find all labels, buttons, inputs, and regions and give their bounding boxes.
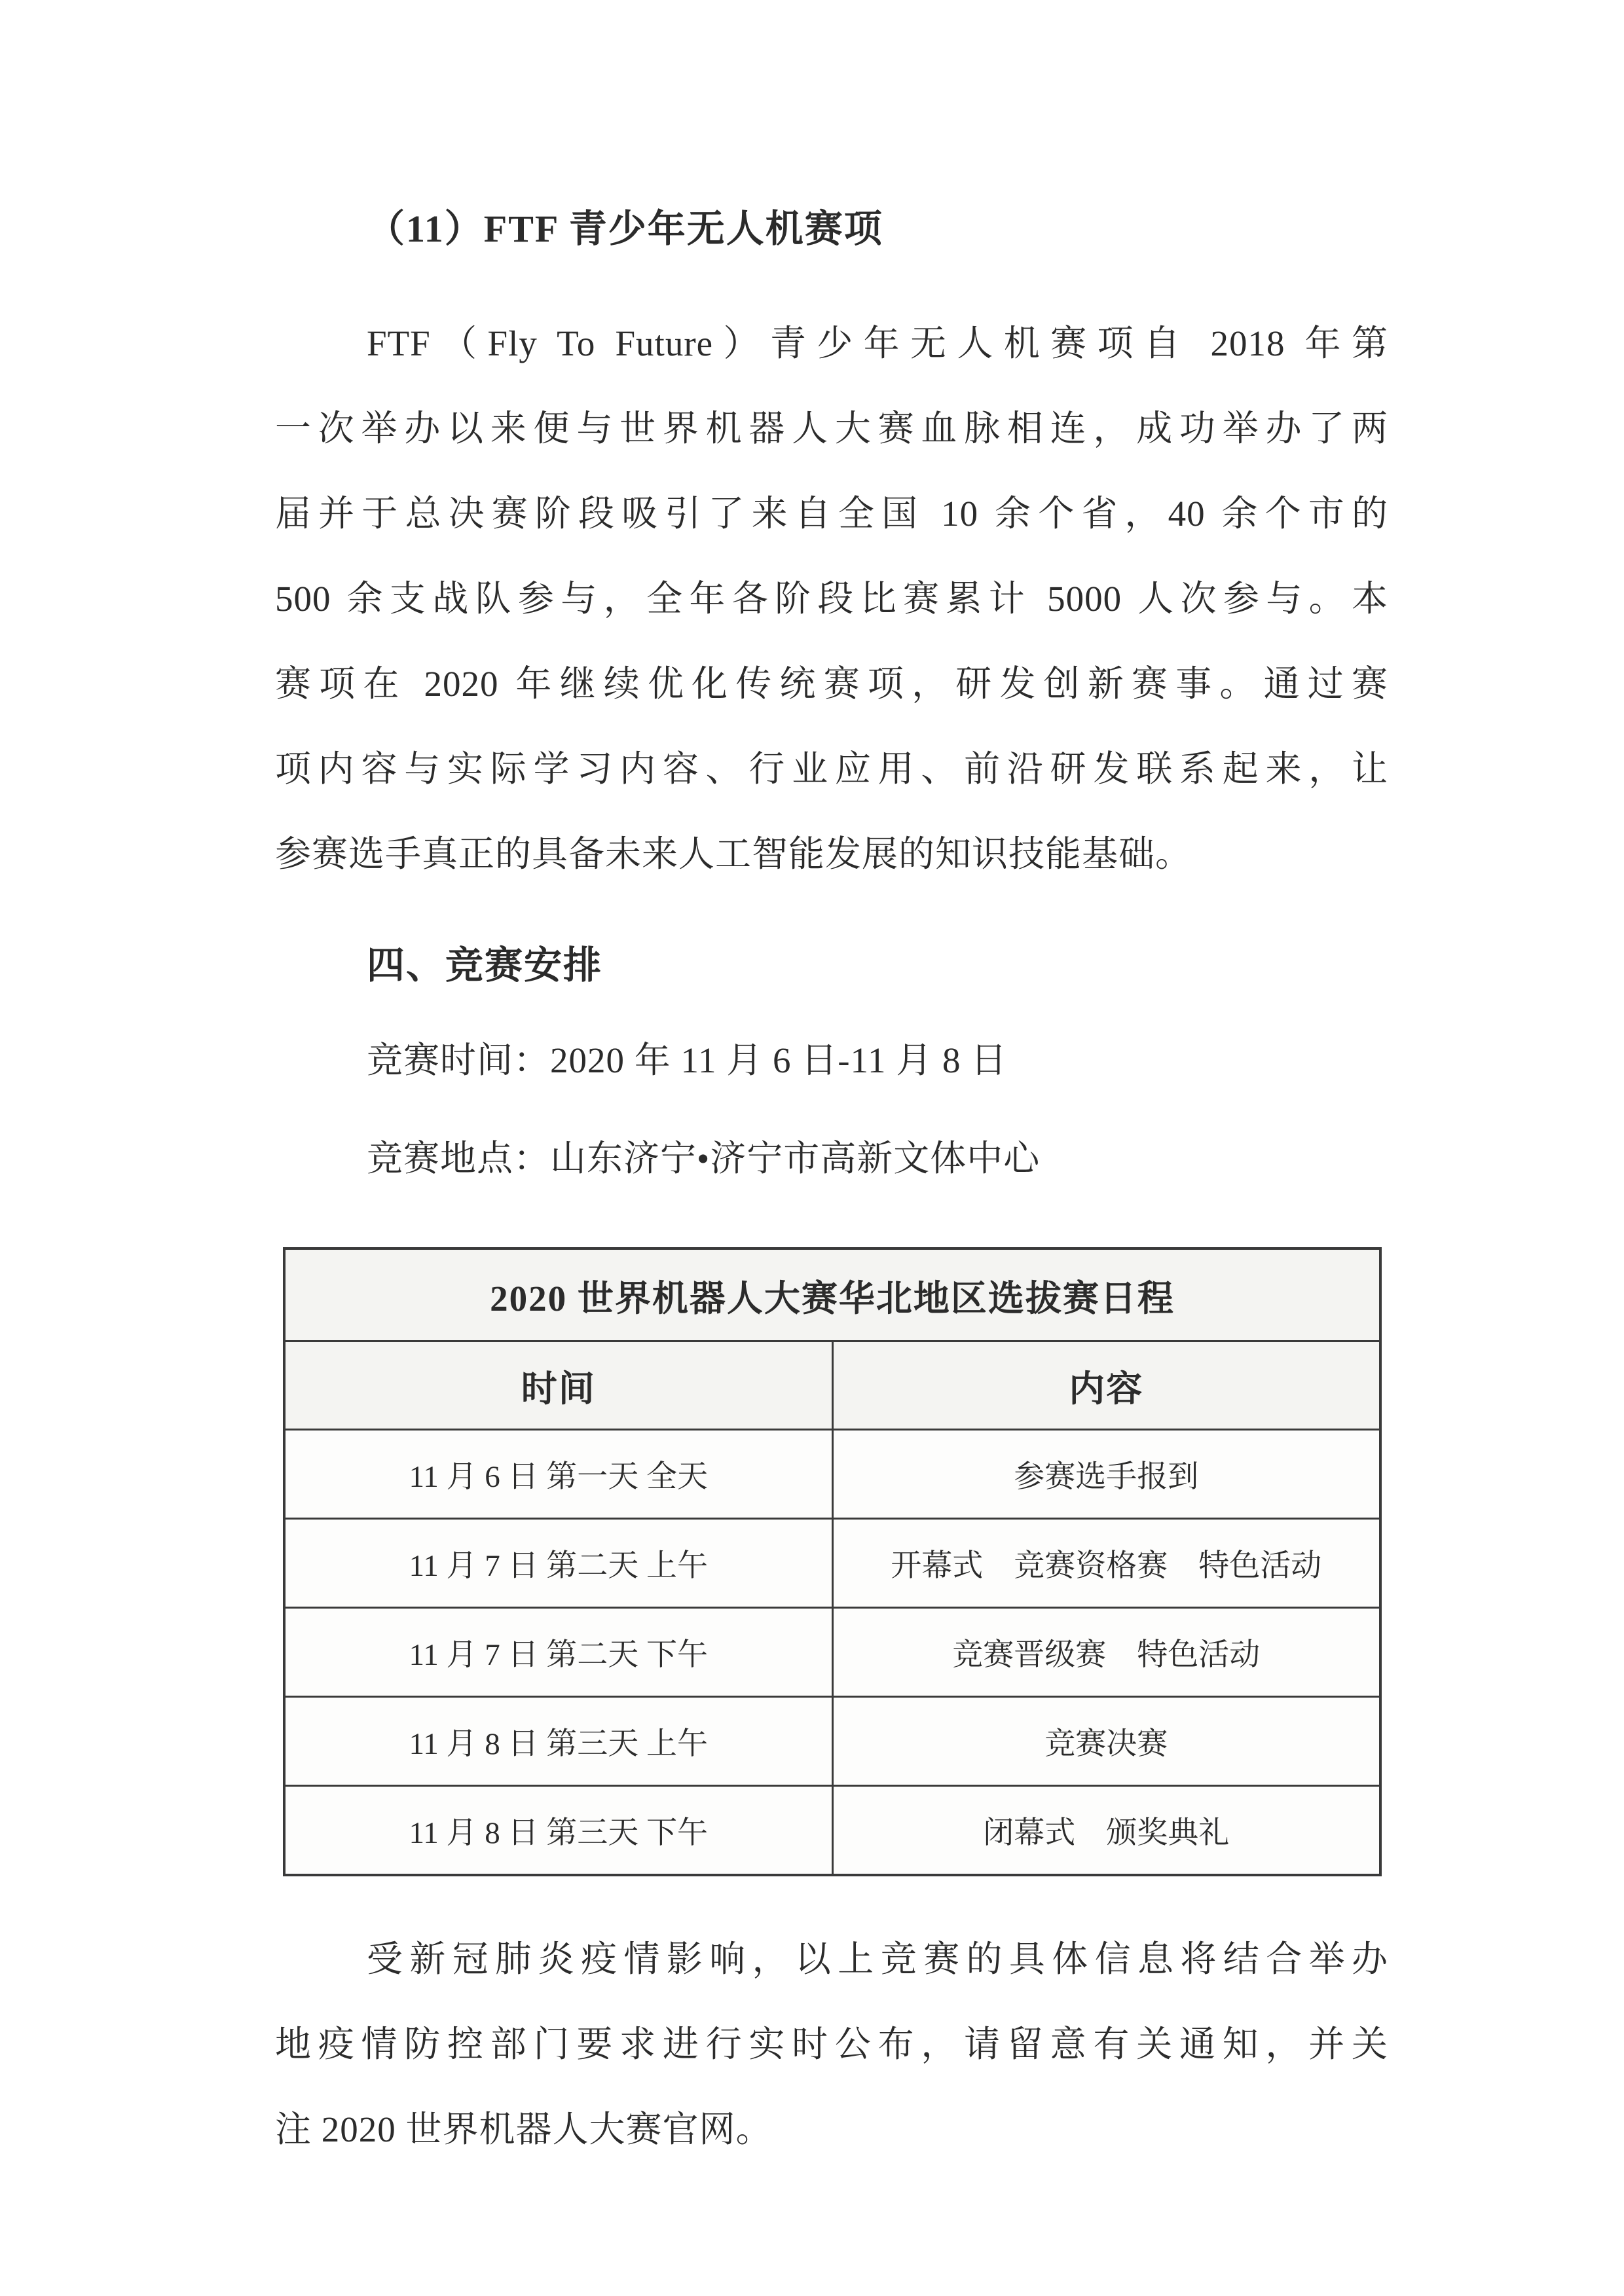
- table-row: 11 月 7 日 第二天 下午 竞赛晋级赛 特色活动: [284, 1608, 1380, 1697]
- paragraph-line: 500 余支战队参与，全年各阶段比赛累计 5000 人次参与。本: [275, 556, 1388, 642]
- cell-content: 竞赛晋级赛 特色活动: [832, 1608, 1380, 1697]
- table-row: 11 月 8 日 第三天 下午 闭幕式 颁奖典礼: [284, 1786, 1380, 1876]
- paragraph-line: 地疫情防控部门要求进行实时公布，请留意有关通知，并关: [275, 2002, 1388, 2087]
- cell-time: 11 月 6 日 第一天 全天: [284, 1430, 832, 1519]
- closing-paragraph: 受新冠肺炎疫情影响，以上竞赛的具体信息将结合举办 地疫情防控部门要求进行实时公布…: [275, 1917, 1388, 2172]
- competition-time-line: 竞赛时间：2020 年 11 月 6 日-11 月 8 日: [275, 1011, 1388, 1110]
- document-page: （11）FTF 青少年无人机赛项 FTF（Fly To Future）青少年无人…: [0, 0, 1624, 2296]
- cell-time: 11 月 8 日 第三天 下午: [284, 1786, 832, 1876]
- table-title: 2020 世界机器人大赛华北地区选拔赛日程: [284, 1248, 1380, 1341]
- paragraph-line: FTF（Fly To Future）青少年无人机赛项自 2018 年第: [275, 301, 1388, 386]
- table-header-row: 时间 内容: [284, 1341, 1380, 1430]
- cell-content: 闭幕式 颁奖典礼: [832, 1786, 1380, 1876]
- cell-time: 11 月 7 日 第二天 上午: [284, 1519, 832, 1608]
- schedule-table: 2020 世界机器人大赛华北地区选拔赛日程 时间 内容 11 月 6 日 第一天…: [283, 1247, 1382, 1876]
- cell-content: 参赛选手报到: [832, 1430, 1380, 1519]
- paragraph-line: 受新冠肺炎疫情影响，以上竞赛的具体信息将结合举办: [275, 1917, 1388, 2002]
- paragraph-line: 届并于总决赛阶段吸引了来自全国 10 余个省，40 余个市的: [275, 471, 1388, 556]
- cell-time: 11 月 7 日 第二天 下午: [284, 1608, 832, 1697]
- paragraph-line: 一次举办以来便与世界机器人大赛血脉相连，成功举办了两: [275, 386, 1388, 471]
- table-title-row: 2020 世界机器人大赛华北地区选拔赛日程: [284, 1248, 1380, 1341]
- cell-content: 开幕式 竞赛资格赛 特色活动: [832, 1519, 1380, 1608]
- paragraph-line: 注 2020 世界机器人大赛官网。: [275, 2087, 1388, 2172]
- paragraph-line: 赛项在 2020 年继续优化传统赛项，研发创新赛事。通过赛: [275, 642, 1388, 727]
- column-header-content: 内容: [832, 1341, 1380, 1430]
- column-header-time: 时间: [284, 1341, 832, 1430]
- section-heading-arrangement: 四、竞赛安排: [275, 933, 1388, 998]
- intro-paragraph: FTF（Fly To Future）青少年无人机赛项自 2018 年第 一次举办…: [275, 301, 1388, 897]
- cell-time: 11 月 8 日 第三天 上午: [284, 1697, 832, 1786]
- competition-place-line: 竞赛地点：山东济宁•济宁市高新文体中心: [275, 1110, 1388, 1208]
- table-row: 11 月 8 日 第三天 上午 竞赛决赛: [284, 1697, 1380, 1786]
- subsection-heading-ftf: （11）FTF 青少年无人机赛项: [275, 196, 1388, 262]
- cell-content: 竞赛决赛: [832, 1697, 1380, 1786]
- paragraph-line: 项内容与实际学习内容、行业应用、前沿研发联系起来，让: [275, 727, 1388, 812]
- table-row: 11 月 7 日 第二天 上午 开幕式 竞赛资格赛 特色活动: [284, 1519, 1380, 1608]
- table-row: 11 月 6 日 第一天 全天 参赛选手报到: [284, 1430, 1380, 1519]
- paragraph-line: 参赛选手真正的具备未来人工智能发展的知识技能基础。: [275, 812, 1388, 897]
